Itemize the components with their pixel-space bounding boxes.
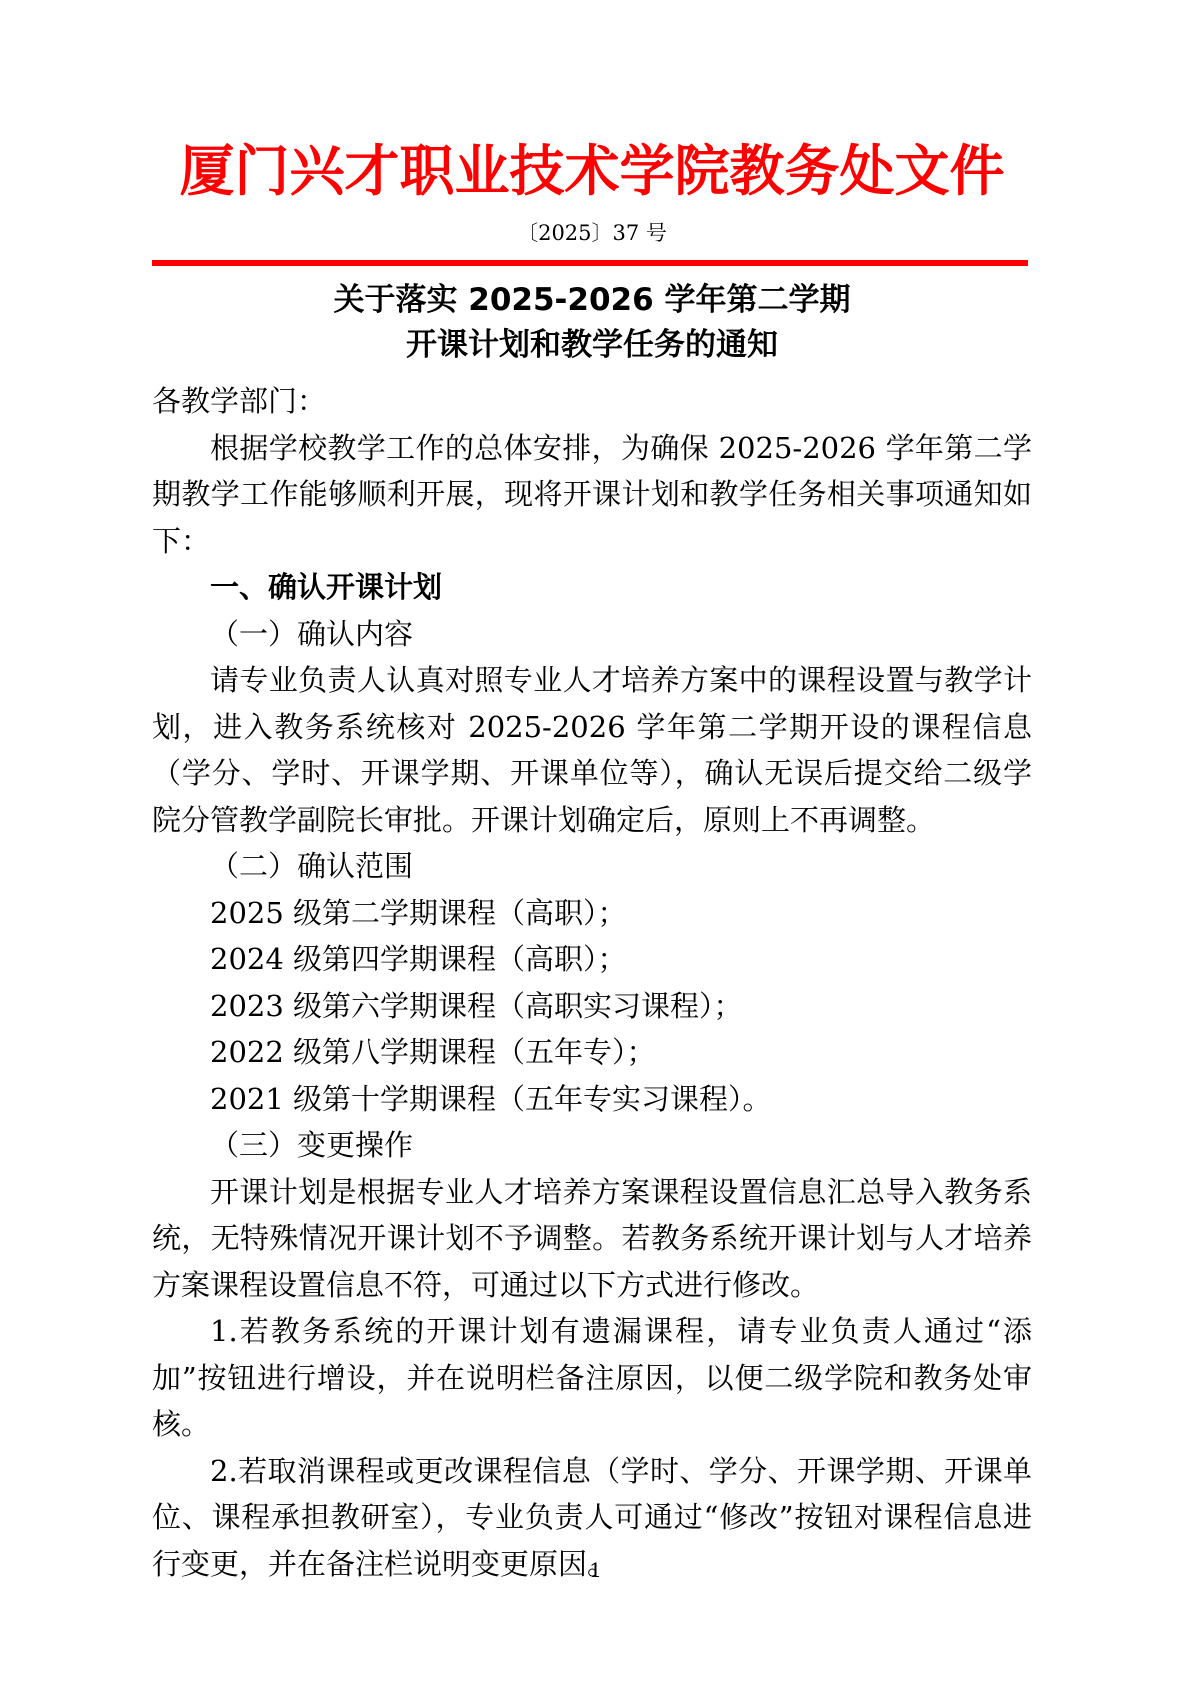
document-page: 厦门兴才职业技术学院教务处文件 〔2025〕37 号 关于落实 2025-202… <box>0 0 1191 1684</box>
document-title-line1: 关于落实 2025-2026 学年第二学期 <box>152 278 1032 323</box>
scope-item-2024: 2024 级第四学期课程（高职）； <box>152 936 1032 983</box>
doc-number: 〔2025〕37 号 <box>152 220 1032 246</box>
subsection-heading-1-2: （二）确认范围 <box>152 843 1032 890</box>
document-content: 厦门兴才职业技术学院教务处文件 〔2025〕37 号 关于落实 2025-202… <box>152 138 1032 1587</box>
intro-paragraph: 根据学校教学工作的总体安排，为确保 2025-2026 学年第二学期教学工作能够… <box>152 425 1032 565</box>
document-body: 各教学部门： 根据学校教学工作的总体安排，为确保 2025-2026 学年第二学… <box>152 378 1032 1587</box>
salutation: 各教学部门： <box>152 378 1032 425</box>
page-number: 1 <box>0 1558 1191 1582</box>
subsection-heading-1-3: （三）变更操作 <box>152 1122 1032 1169</box>
paragraph-add-course: 1.若教务系统的开课计划有遗漏课程，请专业负责人通过“添加”按钮进行增设，并在说… <box>152 1308 1032 1448</box>
scope-item-2021: 2021 级第十学期课程（五年专实习课程）。 <box>152 1076 1032 1123</box>
document-title-line2: 开课计划和教学任务的通知 <box>152 323 1032 368</box>
red-divider-rule <box>152 260 1028 266</box>
document-title: 关于落实 2025-2026 学年第二学期 开课计划和教学任务的通知 <box>152 278 1032 368</box>
scope-item-2025: 2025 级第二学期课程（高职）； <box>152 890 1032 937</box>
scope-item-2023: 2023 级第六学期课程（高职实习课程）； <box>152 983 1032 1030</box>
paragraph-confirm-content: 请专业负责人认真对照专业人才培养方案中的课程设置与教学计划，进入教务系统核对 2… <box>152 657 1032 843</box>
agency-header-title: 厦门兴才职业技术学院教务处文件 <box>152 138 1032 204</box>
paragraph-change-operation: 开课计划是根据专业人才培养方案课程设置信息汇总导入教务系统，无特殊情况开课计划不… <box>152 1169 1032 1309</box>
subsection-heading-1-1: （一）确认内容 <box>152 611 1032 658</box>
section-heading-1: 一、确认开课计划 <box>152 564 1032 611</box>
scope-item-2022: 2022 级第八学期课程（五年专）； <box>152 1029 1032 1076</box>
